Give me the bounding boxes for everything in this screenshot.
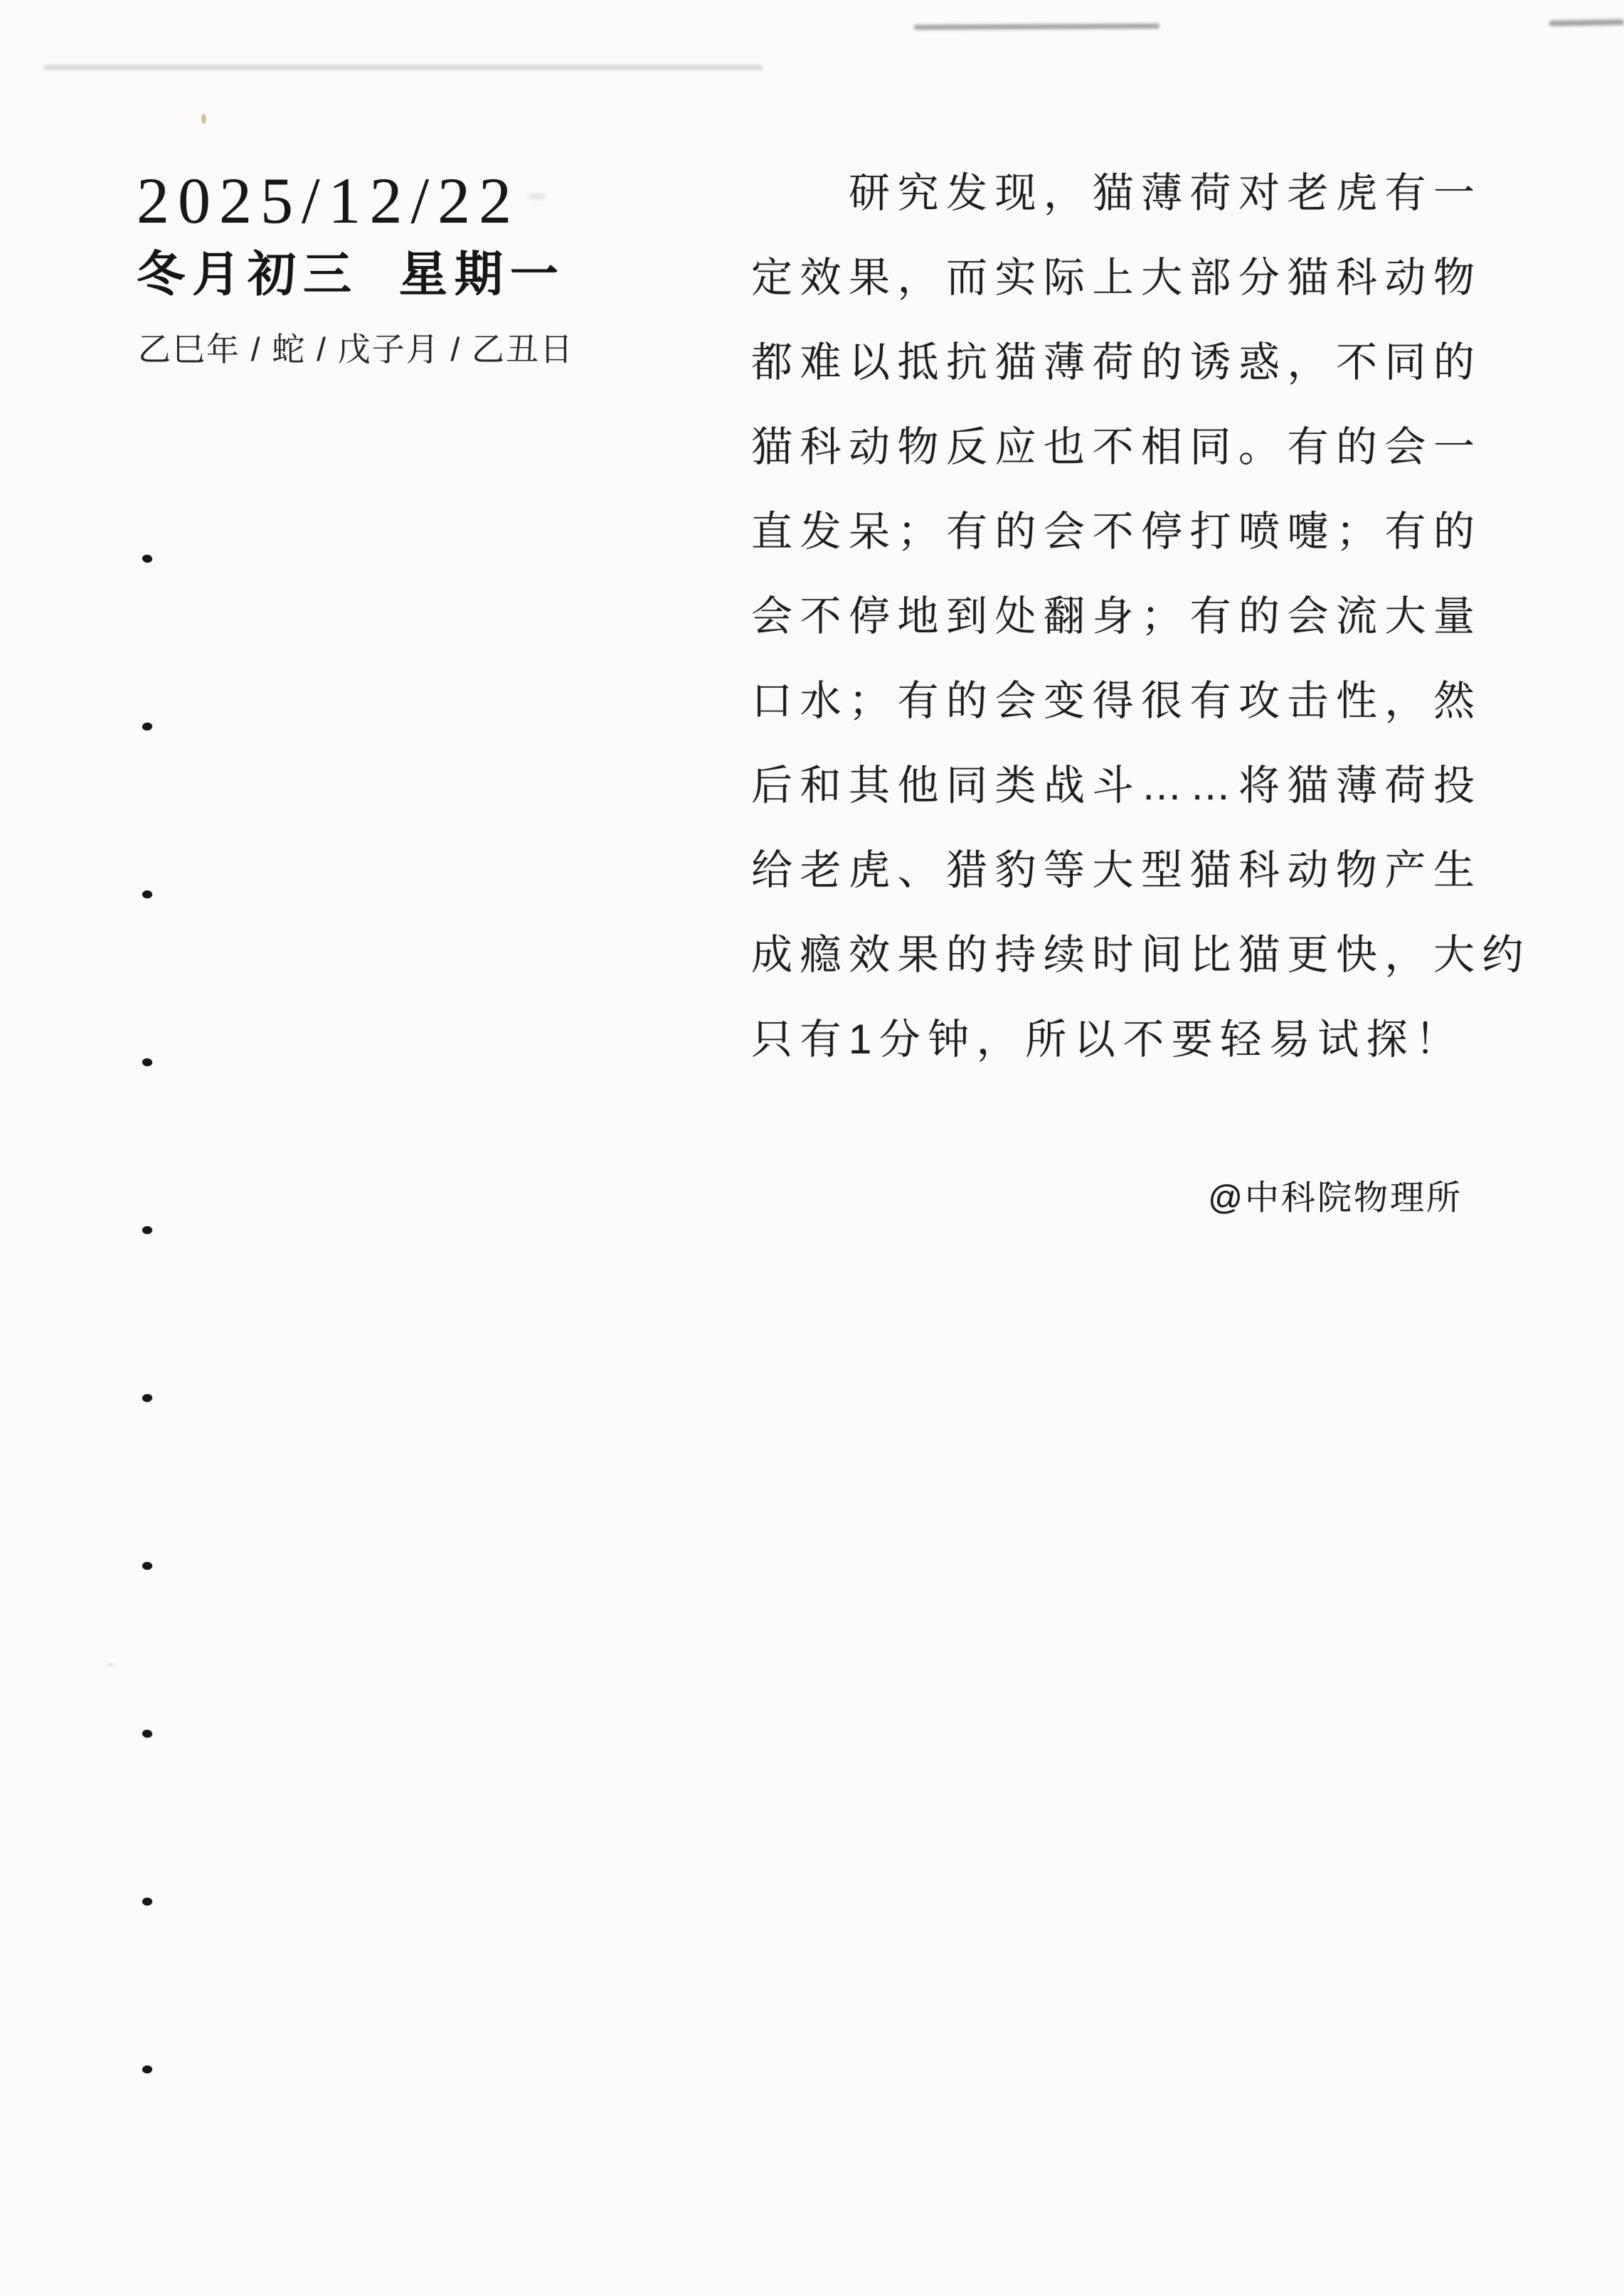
margin-dot	[142, 554, 152, 563]
article-line: 研究发现，猫薄荷对老虎有一	[751, 151, 1562, 235]
article-line: 只有1分钟，所以不要轻易试探！	[751, 997, 1562, 1082]
article-line: 都难以抵抗猫薄荷的诱惑，不同的	[751, 320, 1562, 405]
article-line: 给老虎、猎豹等大型猫科动物产生	[751, 828, 1562, 913]
scan-artifact-speck	[107, 1663, 114, 1667]
scanned-calendar-page: 2025/12/22 冬月初三 星期一 乙巳年 / 蛇 / 戊子月 / 乙丑日 …	[0, 0, 1624, 2296]
margin-dot	[142, 1898, 152, 1906]
margin-dot	[142, 891, 152, 898]
scan-artifact-streak	[914, 23, 1159, 30]
margin-dot	[142, 1729, 152, 1738]
article-line: 后和其他同类战斗……将猫薄荷投	[751, 743, 1562, 828]
scan-artifact-line	[44, 65, 763, 70]
scan-artifact-speck	[528, 193, 546, 200]
margin-dot	[142, 2065, 153, 2073]
margin-dot	[142, 722, 152, 730]
article-line: 猫科动物反应也不相同。有的会一	[751, 405, 1562, 489]
attribution: @中科院物理所	[751, 1177, 1463, 1220]
article-line: 成瘾效果的持续时间比猫更快，大约	[751, 913, 1562, 997]
margin-dot	[142, 1058, 153, 1066]
article-line: 直发呆；有的会不停打喷嚏；有的	[751, 489, 1562, 574]
article: 研究发现，猫薄荷对老虎有一 定效果，而实际上大部分猫科动物 都难以抵抗猫薄荷的诱…	[751, 151, 1562, 1082]
ganzhi-date: 乙巳年 / 蛇 / 戊子月 / 乙丑日	[138, 331, 574, 368]
lunar-date: 冬月初三 星期一	[137, 250, 566, 299]
scan-artifact-speck	[201, 114, 206, 124]
gregorian-date: 2025/12/22	[137, 168, 520, 233]
article-line: 会不停地到处翻身；有的会流大量	[751, 574, 1562, 659]
margin-dot	[142, 1562, 152, 1570]
article-line: 口水；有的会变得很有攻击性，然	[751, 659, 1562, 743]
article-line: 定效果，而实际上大部分猫科动物	[751, 235, 1562, 320]
scan-artifact-streak	[1549, 19, 1624, 26]
margin-dot	[142, 1226, 152, 1234]
margin-dot	[142, 1394, 153, 1403]
